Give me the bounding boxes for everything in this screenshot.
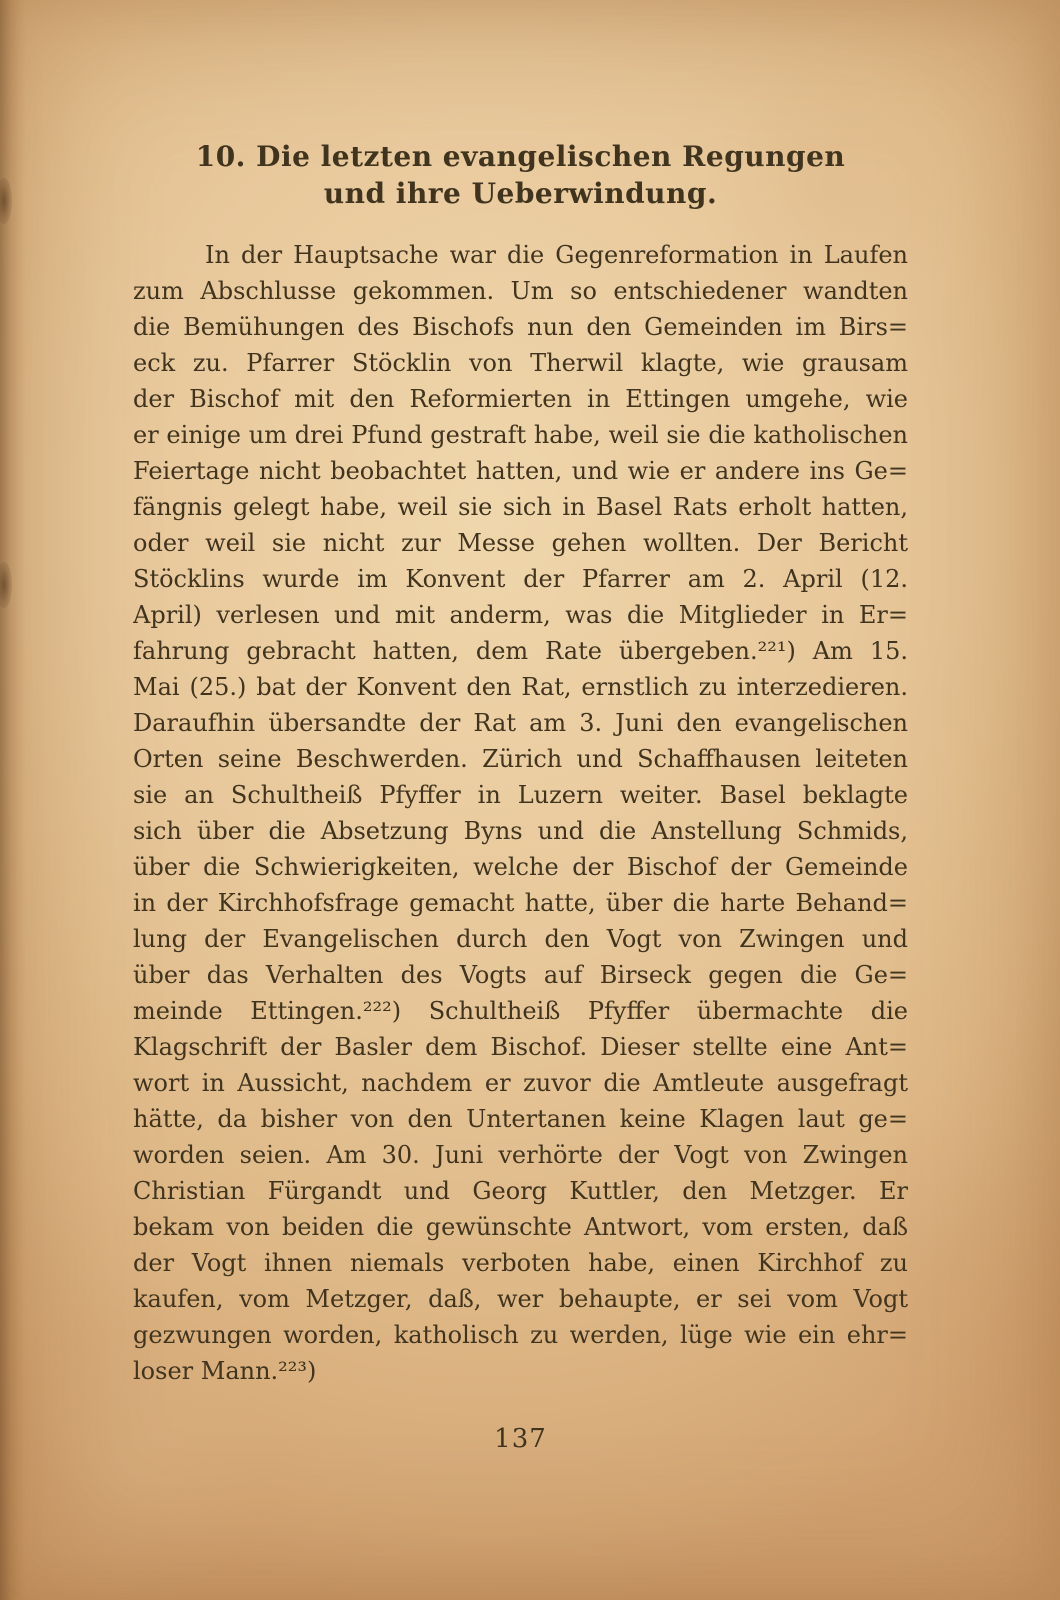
body-line: fängnis gelegt habe, weil sie sich in Ba… xyxy=(133,489,908,525)
body-line: lung der Evangelischen durch den Vogt vo… xyxy=(133,921,908,957)
body-line: über das Verhalten des Vogts auf Birseck… xyxy=(133,957,908,993)
section-heading-line-2: und ihre Ueberwindung. xyxy=(133,175,908,212)
body-line: der Bischof mit den Reformierten in Etti… xyxy=(133,381,908,417)
body-line: gezwungen worden, katholisch zu werden, … xyxy=(133,1317,908,1353)
body-line: sich über die Absetzung Byns und die Ans… xyxy=(133,813,908,849)
body-line: Mai (25.) bat der Konvent den Rat, ernst… xyxy=(133,669,908,705)
book-page-scan: 10. Die letzten evangelischen Regungen u… xyxy=(0,0,1060,1600)
page-number: 137 xyxy=(133,1424,908,1454)
body-line: bekam von beiden die gewünschte Antwort,… xyxy=(133,1209,908,1245)
body-line: die Bemühungen des Bischofs nun den Geme… xyxy=(133,309,908,345)
body-line: er einige um drei Pfund gestraft habe, w… xyxy=(133,417,908,453)
section-heading: 10. Die letzten evangelischen Regungen u… xyxy=(133,138,908,212)
body-line: fahrung gebracht hatten, dem Rate überge… xyxy=(133,633,908,669)
body-line: Klagschrift der Basler dem Bischof. Dies… xyxy=(133,1029,908,1065)
body-line: April) verlesen und mit anderm, was die … xyxy=(133,597,908,633)
body-paragraph: In der Hauptsache war die Gegenreformati… xyxy=(133,237,908,1389)
body-line: eck zu. Pfarrer Stöcklin von Therwil kla… xyxy=(133,345,908,381)
body-line: kaufen, vom Metzger, daß, wer behaupte, … xyxy=(133,1281,908,1317)
book-spine-shadow xyxy=(0,0,26,1600)
paper-edge-blemish xyxy=(0,178,12,224)
body-line: Orten seine Beschwerden. Zürich und Scha… xyxy=(133,741,908,777)
body-line: Christian Fürgandt und Georg Kuttler, de… xyxy=(133,1173,908,1209)
body-line: hätte, da bisher von den Untertanen kein… xyxy=(133,1101,908,1137)
body-line: Daraufhin übersandte der Rat am 3. Juni … xyxy=(133,705,908,741)
body-line: meinde Ettingen.²²²) Schultheiß Pfyffer … xyxy=(133,993,908,1029)
body-line: Feiertage nicht beobachtet hatten, und w… xyxy=(133,453,908,489)
body-line: Stöcklins wurde im Konvent der Pfarrer a… xyxy=(133,561,908,597)
body-line: oder weil sie nicht zur Messe gehen woll… xyxy=(133,525,908,561)
body-line: zum Abschlusse gekommen. Um so entschied… xyxy=(133,273,908,309)
paper-edge-blemish xyxy=(0,562,12,608)
body-line: worden seien. Am 30. Juni verhörte der V… xyxy=(133,1137,908,1173)
body-line: loser Mann.²²³) xyxy=(133,1353,908,1389)
body-line: über die Schwierigkeiten, welche der Bis… xyxy=(133,849,908,885)
body-line: in der Kirchhofsfrage gemacht hatte, übe… xyxy=(133,885,908,921)
body-line: In der Hauptsache war die Gegenreformati… xyxy=(133,237,908,273)
section-heading-line-1: 10. Die letzten evangelischen Regungen xyxy=(133,138,908,175)
body-line: der Vogt ihnen niemals verboten habe, ei… xyxy=(133,1245,908,1281)
body-line: sie an Schultheiß Pfyffer in Luzern weit… xyxy=(133,777,908,813)
body-line: wort in Aussicht, nachdem er zuvor die A… xyxy=(133,1065,908,1101)
